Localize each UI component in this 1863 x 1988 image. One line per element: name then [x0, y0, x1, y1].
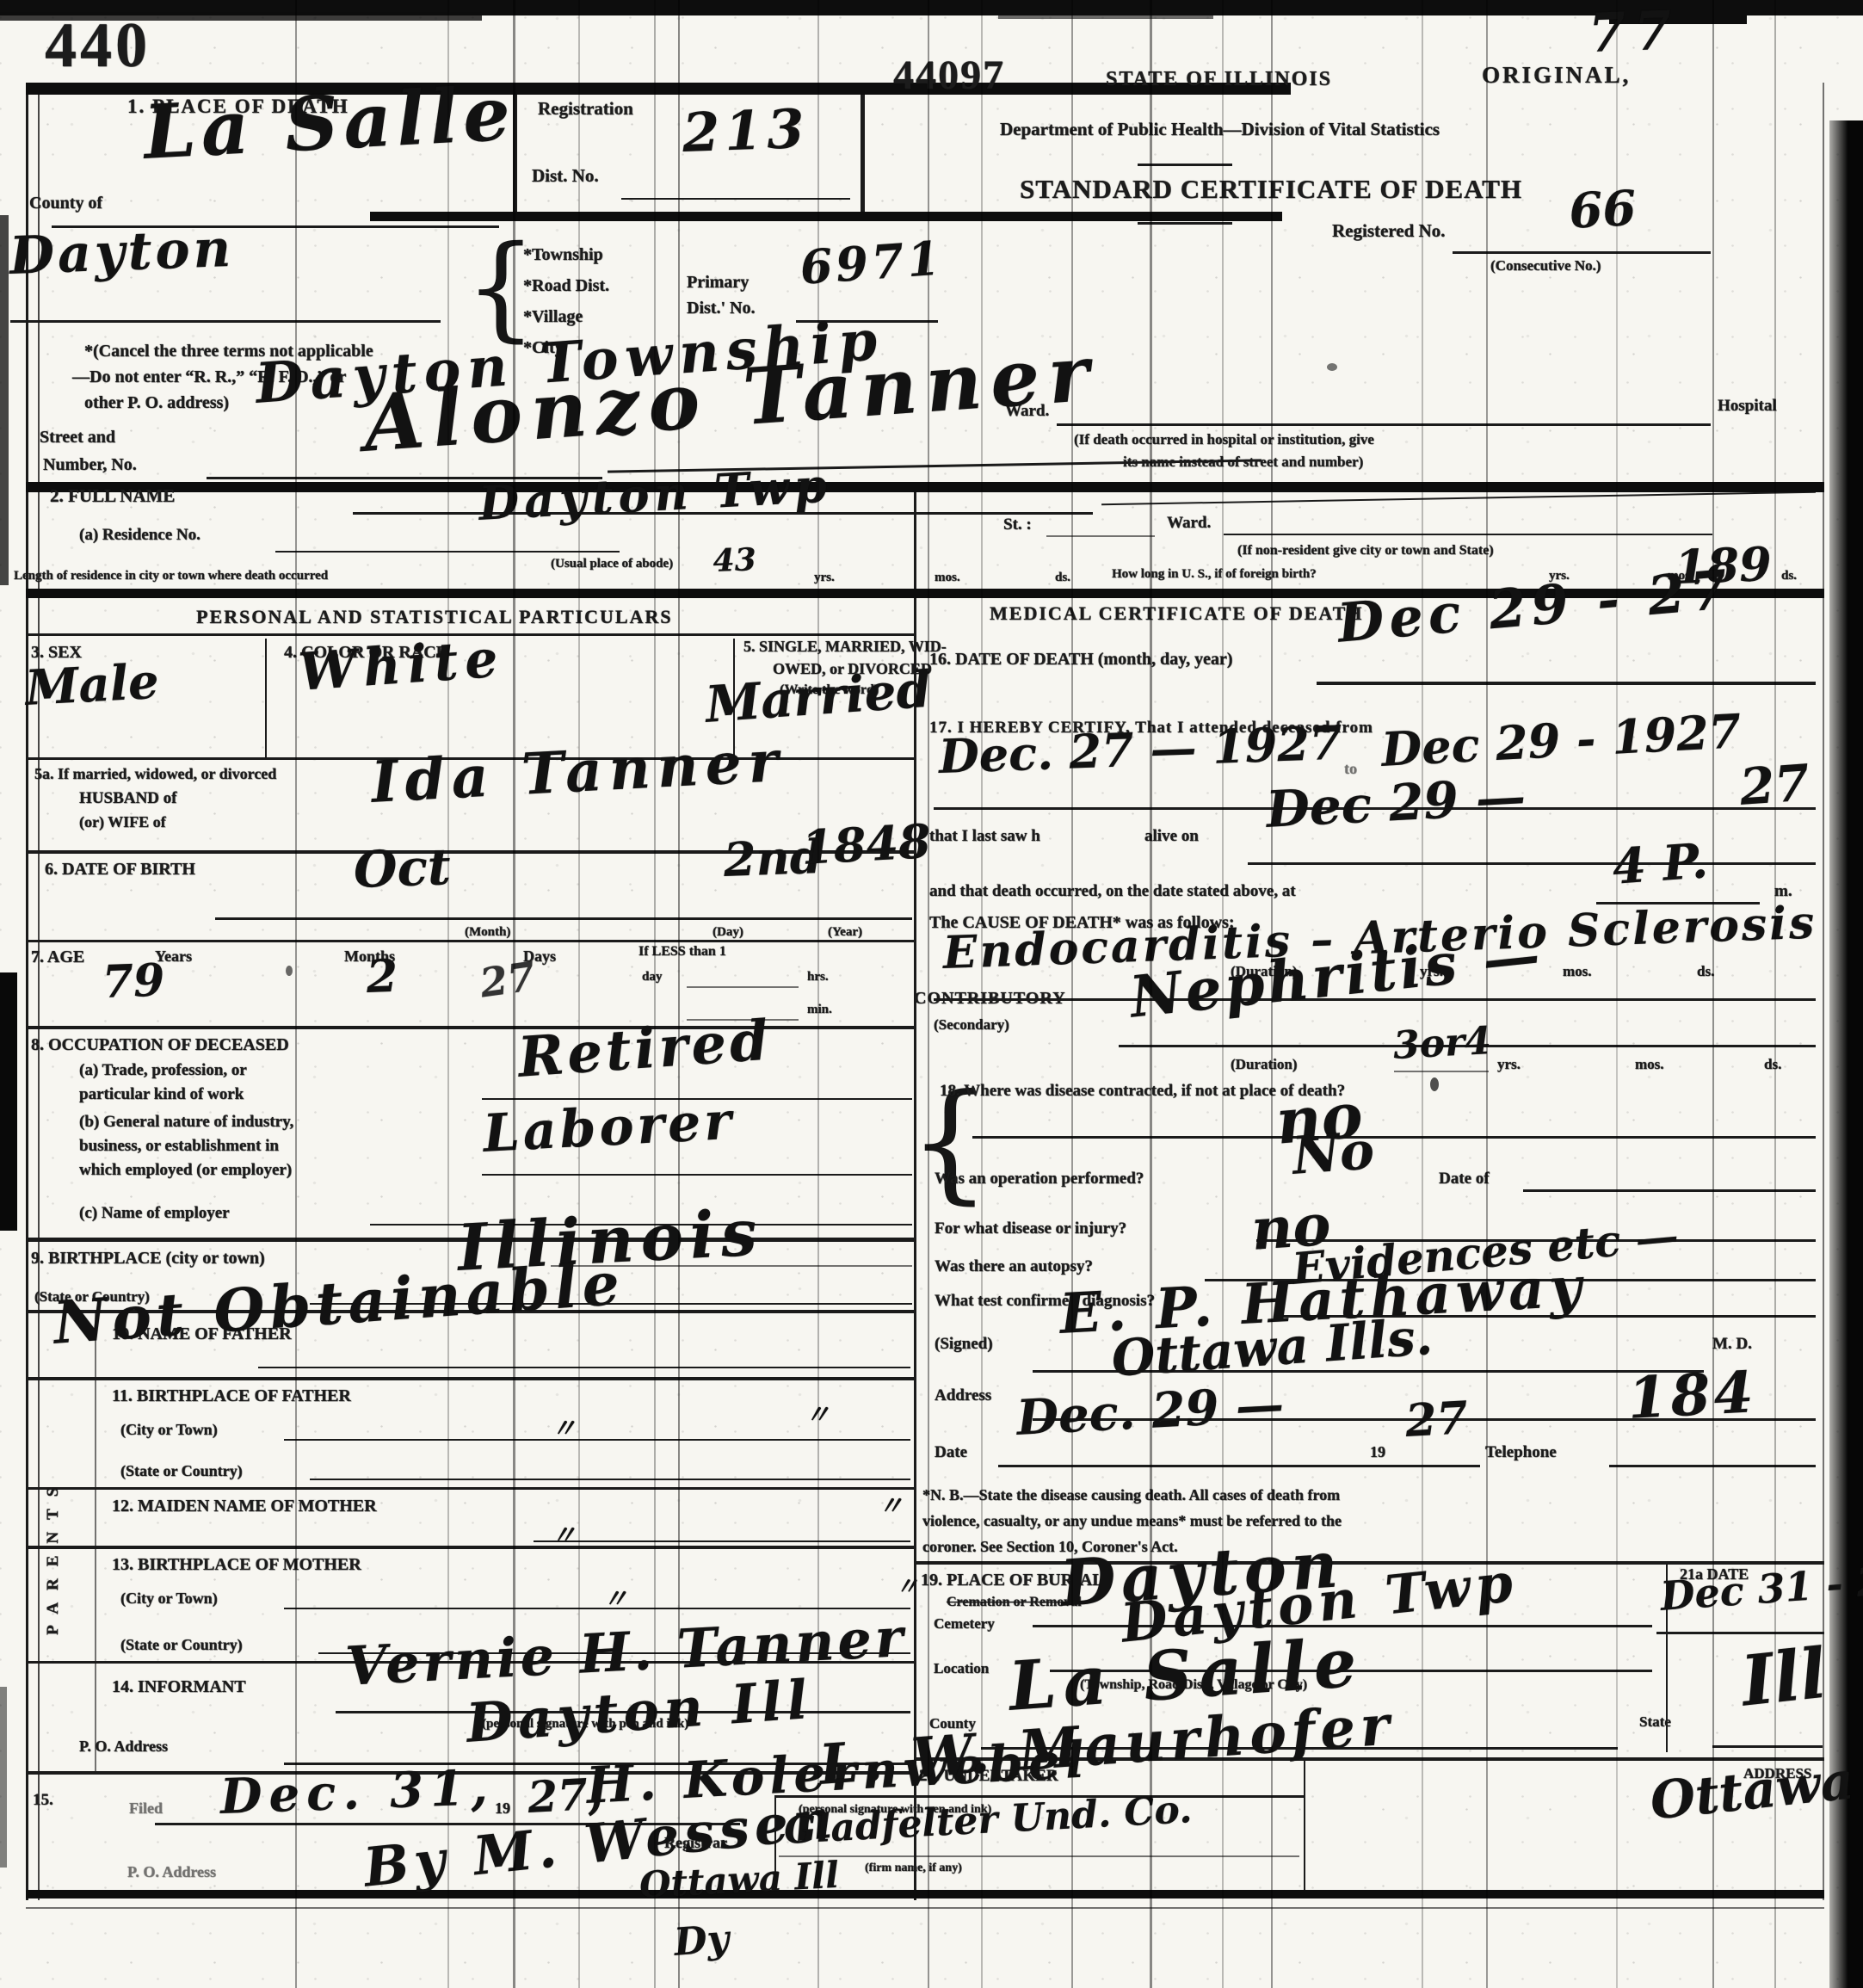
file-number: 44097: [893, 55, 1005, 96]
spouse-value-handwritten: Ida Tanner: [370, 732, 787, 811]
operation-value: No: [1291, 1125, 1376, 1182]
nonresident-note: (If non-resident give city or town and S…: [1237, 544, 1494, 558]
original-stamp: ORIGINAL,: [1482, 64, 1631, 87]
year-sub: (Year): [828, 926, 862, 939]
spouse-label-2: HUSBAND of: [79, 790, 176, 806]
contributory-label: CONTRIBUTORY: [914, 990, 1066, 1007]
registration-box-bottom: [370, 212, 1282, 221]
ink-blot: [1327, 363, 1337, 371]
line: [998, 1465, 1480, 1467]
residence-label: (a) Residence No.: [79, 527, 200, 543]
residence-value-handwritten: Dayton Twp: [478, 462, 833, 527]
duration-ds: ds.: [1697, 964, 1714, 979]
form-left-border: [26, 83, 28, 1900]
foreign-birth-label: How long in U. S., if of foreign birth?: [1112, 568, 1317, 581]
occupation-b2: business, or establishment in: [79, 1138, 279, 1154]
ditto-mark: 〃: [551, 1523, 577, 1549]
to-label: to: [1344, 761, 1357, 776]
registration-box-right: [861, 90, 865, 217]
signed-label: (Signed): [935, 1336, 993, 1352]
city-or-town-label: (City or Town): [120, 1590, 218, 1606]
cell-divider: [265, 639, 267, 757]
length-residence-label: Length of residence in city or town wher…: [14, 570, 328, 583]
residence-line: [275, 551, 620, 553]
ditto-mark: 〃: [805, 1403, 830, 1429]
po-address-label-2: P. O. Address: [127, 1864, 216, 1880]
rule: [26, 1377, 914, 1380]
township-line: [10, 320, 441, 323]
ink-blot: [1430, 1077, 1439, 1091]
md-label: M. D.: [1712, 1336, 1752, 1352]
scan-streak: [1486, 0, 1488, 1988]
operation-date-label: Date of: [1439, 1170, 1490, 1187]
last-saw-line: [1248, 862, 1816, 865]
registration-label: Registration: [538, 100, 633, 118]
nb-note-1: *N. B.—State the disease causing death. …: [922, 1487, 1340, 1503]
sheet-number: 440: [45, 14, 151, 77]
rule: [26, 1487, 914, 1490]
nb-note-2: violence, casualty, or any undue means* …: [922, 1513, 1342, 1528]
signature-box-right: [1304, 1757, 1305, 1892]
occupation-b1: (b) General nature of industry,: [79, 1114, 293, 1130]
informant-label: 14. INFORMANT: [112, 1678, 246, 1695]
term-road-dist: *Road Dist.: [523, 277, 609, 294]
registered-no-label: Registered No.: [1332, 222, 1445, 240]
sex-value-handwritten: Male: [24, 658, 160, 713]
county-value-handwritten: La Salle: [142, 77, 517, 170]
state-title: STATE OF ILLINOIS: [1106, 69, 1332, 90]
registration-dist-label: Dist. No.: [532, 167, 599, 185]
registration-dist-line: [621, 198, 850, 200]
duration2-value: 3or4: [1392, 1022, 1492, 1065]
age-min-label: min.: [807, 1003, 832, 1016]
attended-from-value: Dec. 27 — 1927: [938, 719, 1342, 780]
personal-particulars-heading: PERSONAL AND STATISTICAL PARTICULARS: [196, 608, 673, 627]
last-saw-year: 27: [1738, 757, 1811, 812]
st-line: [1046, 535, 1155, 537]
term-township: *Township: [523, 246, 603, 263]
age-years-value: 79: [102, 958, 165, 1004]
mos-label: mos.: [935, 571, 960, 584]
divider: [1138, 164, 1232, 166]
day-sub: (Day): [713, 926, 743, 939]
physician-address-label: Address: [935, 1387, 991, 1404]
marital-label-1: 5. SINGLE, MARRIED, WID-: [743, 639, 947, 654]
father-birthplace-label: 11. BIRTHPLACE OF FATHER: [112, 1387, 351, 1405]
line: [310, 1479, 910, 1480]
month-sub: (Month): [465, 926, 510, 939]
line: [1712, 1745, 1823, 1748]
ditto-mark: 〃: [895, 1575, 919, 1599]
line: [284, 1608, 910, 1609]
spouse-label-1: 5a. If married, widowed, or divorced: [34, 766, 276, 781]
line: [1394, 1071, 1489, 1072]
ds-label: ds.: [1055, 571, 1070, 584]
scan-left-edge-mark: [0, 215, 9, 585]
last-saw-label-2: alive on: [1144, 828, 1199, 844]
cemetery-label: Cemetery: [934, 1616, 995, 1631]
street-label-2: Number, No.: [43, 456, 137, 473]
cert-date-value: Dec. 29 —: [1015, 1380, 1285, 1442]
burial-state-value: Ill: [1738, 1639, 1829, 1716]
occupation-b-line: [482, 1174, 912, 1176]
form-bottom-border-inner: [26, 1907, 1824, 1909]
po-address-label: P. O. Address: [79, 1738, 168, 1754]
primary-dist-label-1: Primary: [687, 274, 749, 291]
age-day-label: day: [642, 971, 662, 984]
age-months-value: 2: [366, 954, 398, 1000]
cert-date-year: 27: [1404, 1396, 1469, 1444]
line: [1609, 1465, 1816, 1467]
age-label: 7. AGE: [31, 948, 84, 966]
occupation-label: 8. OCCUPATION OF DECEASED: [31, 1036, 289, 1053]
form-left-border-inner: [38, 83, 40, 1900]
rule: [26, 940, 914, 942]
age-less-label: If LESS than 1: [638, 945, 726, 959]
duration2-mos: mos.: [1635, 1057, 1664, 1071]
state-or-country-label: (State or Country): [120, 1637, 243, 1652]
dob-label: 6. DATE OF BIRTH: [45, 861, 195, 878]
scan-top-edge-blob: [998, 12, 1213, 19]
hospital-note-2: its name instead of street and number): [1123, 454, 1363, 469]
divider: [1138, 222, 1232, 225]
length-residence-value: 43: [713, 544, 756, 577]
attended-to-value: Dec 29 - 1927: [1380, 707, 1743, 773]
full-name-line-right: [1101, 491, 1816, 505]
registration-dist-value: 213: [682, 102, 810, 160]
occupation-a2: particular kind of work: [79, 1086, 244, 1102]
occupation-b3: which employed (or employer): [79, 1162, 292, 1178]
line: [972, 1136, 1816, 1139]
cert-date-label: Date: [935, 1444, 967, 1460]
birthplace-label: 9. BIRTHPLACE (city or town): [31, 1250, 265, 1267]
dob-month-handwritten: Oct: [353, 842, 452, 895]
city-or-town-label: (City or Town): [120, 1422, 218, 1437]
abode-note: (Usual place of abode): [551, 558, 673, 571]
state-or-country-label: (State or Country): [120, 1463, 243, 1479]
filed-19: 19: [495, 1800, 510, 1816]
res-ward-label: Ward.: [1167, 515, 1211, 531]
st-label: St. :: [1003, 516, 1032, 533]
line: [534, 1540, 910, 1542]
deputy-initials-handwritten: Dy: [673, 1921, 731, 1962]
ink-blot: [286, 966, 293, 976]
death-occurred-label: and that death occurred, on the date sta…: [929, 883, 1296, 899]
firm-line: [779, 1855, 1299, 1857]
ward-line: [1057, 423, 1711, 426]
primary-dist-value: 6971: [799, 234, 945, 290]
hospital-note-1: (If death occurred in hospital or instit…: [1074, 432, 1374, 447]
marital-value-handwritten: Married: [704, 664, 933, 730]
scan-streak: [1712, 0, 1714, 1988]
certificate-title: STANDARD CERTIFICATE OF DEATH: [1020, 176, 1522, 202]
duration2-ds: ds.: [1764, 1057, 1781, 1071]
rule: [914, 1561, 1824, 1565]
age-days-value: 27: [478, 956, 538, 1003]
death-time-value: 4 P.: [1611, 837, 1709, 892]
yrs-label: yrs.: [814, 571, 835, 584]
occupation-c: (c) Name of employer: [79, 1205, 230, 1221]
father-name-line: [258, 1367, 910, 1368]
street-label-1: Street and: [40, 429, 115, 446]
filed-date-handwritten: Dec. 31,: [219, 1763, 495, 1821]
date-of-death-label: 16. DATE OF DEATH (month, day, year): [929, 651, 1232, 668]
page-number-handwritten: 77: [1588, 3, 1681, 60]
ds-label-2: ds.: [1781, 570, 1797, 583]
ditto-mark: 〃: [551, 1417, 577, 1442]
spouse-label-3: (or) WIFE of: [79, 814, 166, 830]
occupation-a1: (a) Trade, profession, or: [79, 1062, 247, 1078]
hospital-label: Hospital: [1718, 398, 1777, 414]
registered-no-line: [1453, 251, 1711, 254]
injury-label: For what disease or injury?: [935, 1220, 1126, 1237]
age-hrs-label: hrs.: [807, 971, 829, 984]
department-line: Department of Public Health—Division of …: [1000, 120, 1440, 139]
line: [1523, 1189, 1816, 1192]
dob-year-handwritten: 1848: [800, 818, 932, 871]
medical-certificate-heading: MEDICAL CERTIFICATE OF DEATH: [990, 604, 1363, 623]
father-name-value: Not Obtainable: [52, 1255, 626, 1353]
dob-line: [215, 917, 912, 920]
firm-note: (firm name, if any): [865, 1862, 962, 1874]
rule: [26, 1026, 914, 1029]
scan-streak: [295, 0, 297, 1988]
scan-left-edge-mark: [0, 972, 17, 1231]
cert-date-19: 19: [1370, 1444, 1385, 1460]
location-label: Location: [934, 1661, 989, 1676]
scan-streak: [1616, 0, 1618, 1988]
res-ward-line: [1224, 534, 1712, 535]
mother-birthplace-label: 13. BIRTHPLACE OF MOTHER: [112, 1556, 361, 1573]
age-hrs-line: [687, 986, 799, 988]
occupation-a-value: Retired: [516, 1013, 774, 1085]
secondary-label: (Secondary): [934, 1017, 1009, 1032]
scanned-death-certificate: 440 77 44097 STATE OF ILLINOIS ORIGINAL,…: [0, 0, 1863, 1988]
ditto-mark: 〃: [878, 1494, 904, 1520]
filed-label: Filed: [129, 1800, 163, 1816]
term-village: *Village: [523, 308, 583, 325]
duration2-label: (Duration): [1231, 1057, 1297, 1071]
cancel-note-line3: other P. O. address): [84, 394, 229, 411]
township-value-handwritten: Dayton: [9, 223, 235, 282]
scan-left-edge-mark: [0, 1687, 7, 1868]
occupation-b-value: Laborer: [482, 1096, 736, 1160]
form-right-border: [1823, 83, 1824, 1900]
county-label: County of: [29, 194, 102, 212]
registered-no-value: 66: [1568, 184, 1638, 236]
section-bar: [26, 482, 1824, 492]
filed-number: 15.: [33, 1792, 53, 1808]
telephone-value: 184: [1626, 1363, 1758, 1427]
line: [284, 1439, 910, 1441]
parents-vertical-label: PARENTS: [45, 1476, 61, 1635]
scan-streak: [817, 0, 819, 1988]
consecutive-no-note: (Consecutive No.): [1490, 258, 1601, 273]
race-value-handwritten: White: [297, 633, 506, 699]
date-of-death-value: Dec 29 - 27: [1336, 563, 1735, 651]
mother-maiden-label: 12. MAIDEN NAME OF MOTHER: [112, 1497, 377, 1515]
burial-state-label: State: [1639, 1714, 1671, 1729]
registrar-city-handwritten: Ottawa Ill: [638, 1857, 840, 1904]
full-name-label: 2. FULL NAME: [50, 487, 175, 505]
primary-dist-label-2: Dist.' No.: [687, 299, 755, 317]
scan-right-edge: [1829, 120, 1863, 1988]
operation-label: Was an operation performed?: [935, 1170, 1144, 1187]
telephone-label: Telephone: [1485, 1444, 1557, 1460]
ditto-mark: 〃: [602, 1587, 628, 1613]
duration-mos: mos.: [1563, 964, 1592, 979]
date-of-death-line: [1317, 682, 1816, 685]
last-saw-label-1: that I last saw h: [929, 828, 1040, 844]
form-bottom-border: [26, 1890, 1824, 1898]
last-saw-value: Dec 29 —: [1265, 771, 1527, 835]
autopsy-label: Was there an autopsy?: [935, 1258, 1093, 1275]
duration2-yrs: yrs.: [1497, 1057, 1521, 1071]
rule: [26, 1546, 914, 1549]
